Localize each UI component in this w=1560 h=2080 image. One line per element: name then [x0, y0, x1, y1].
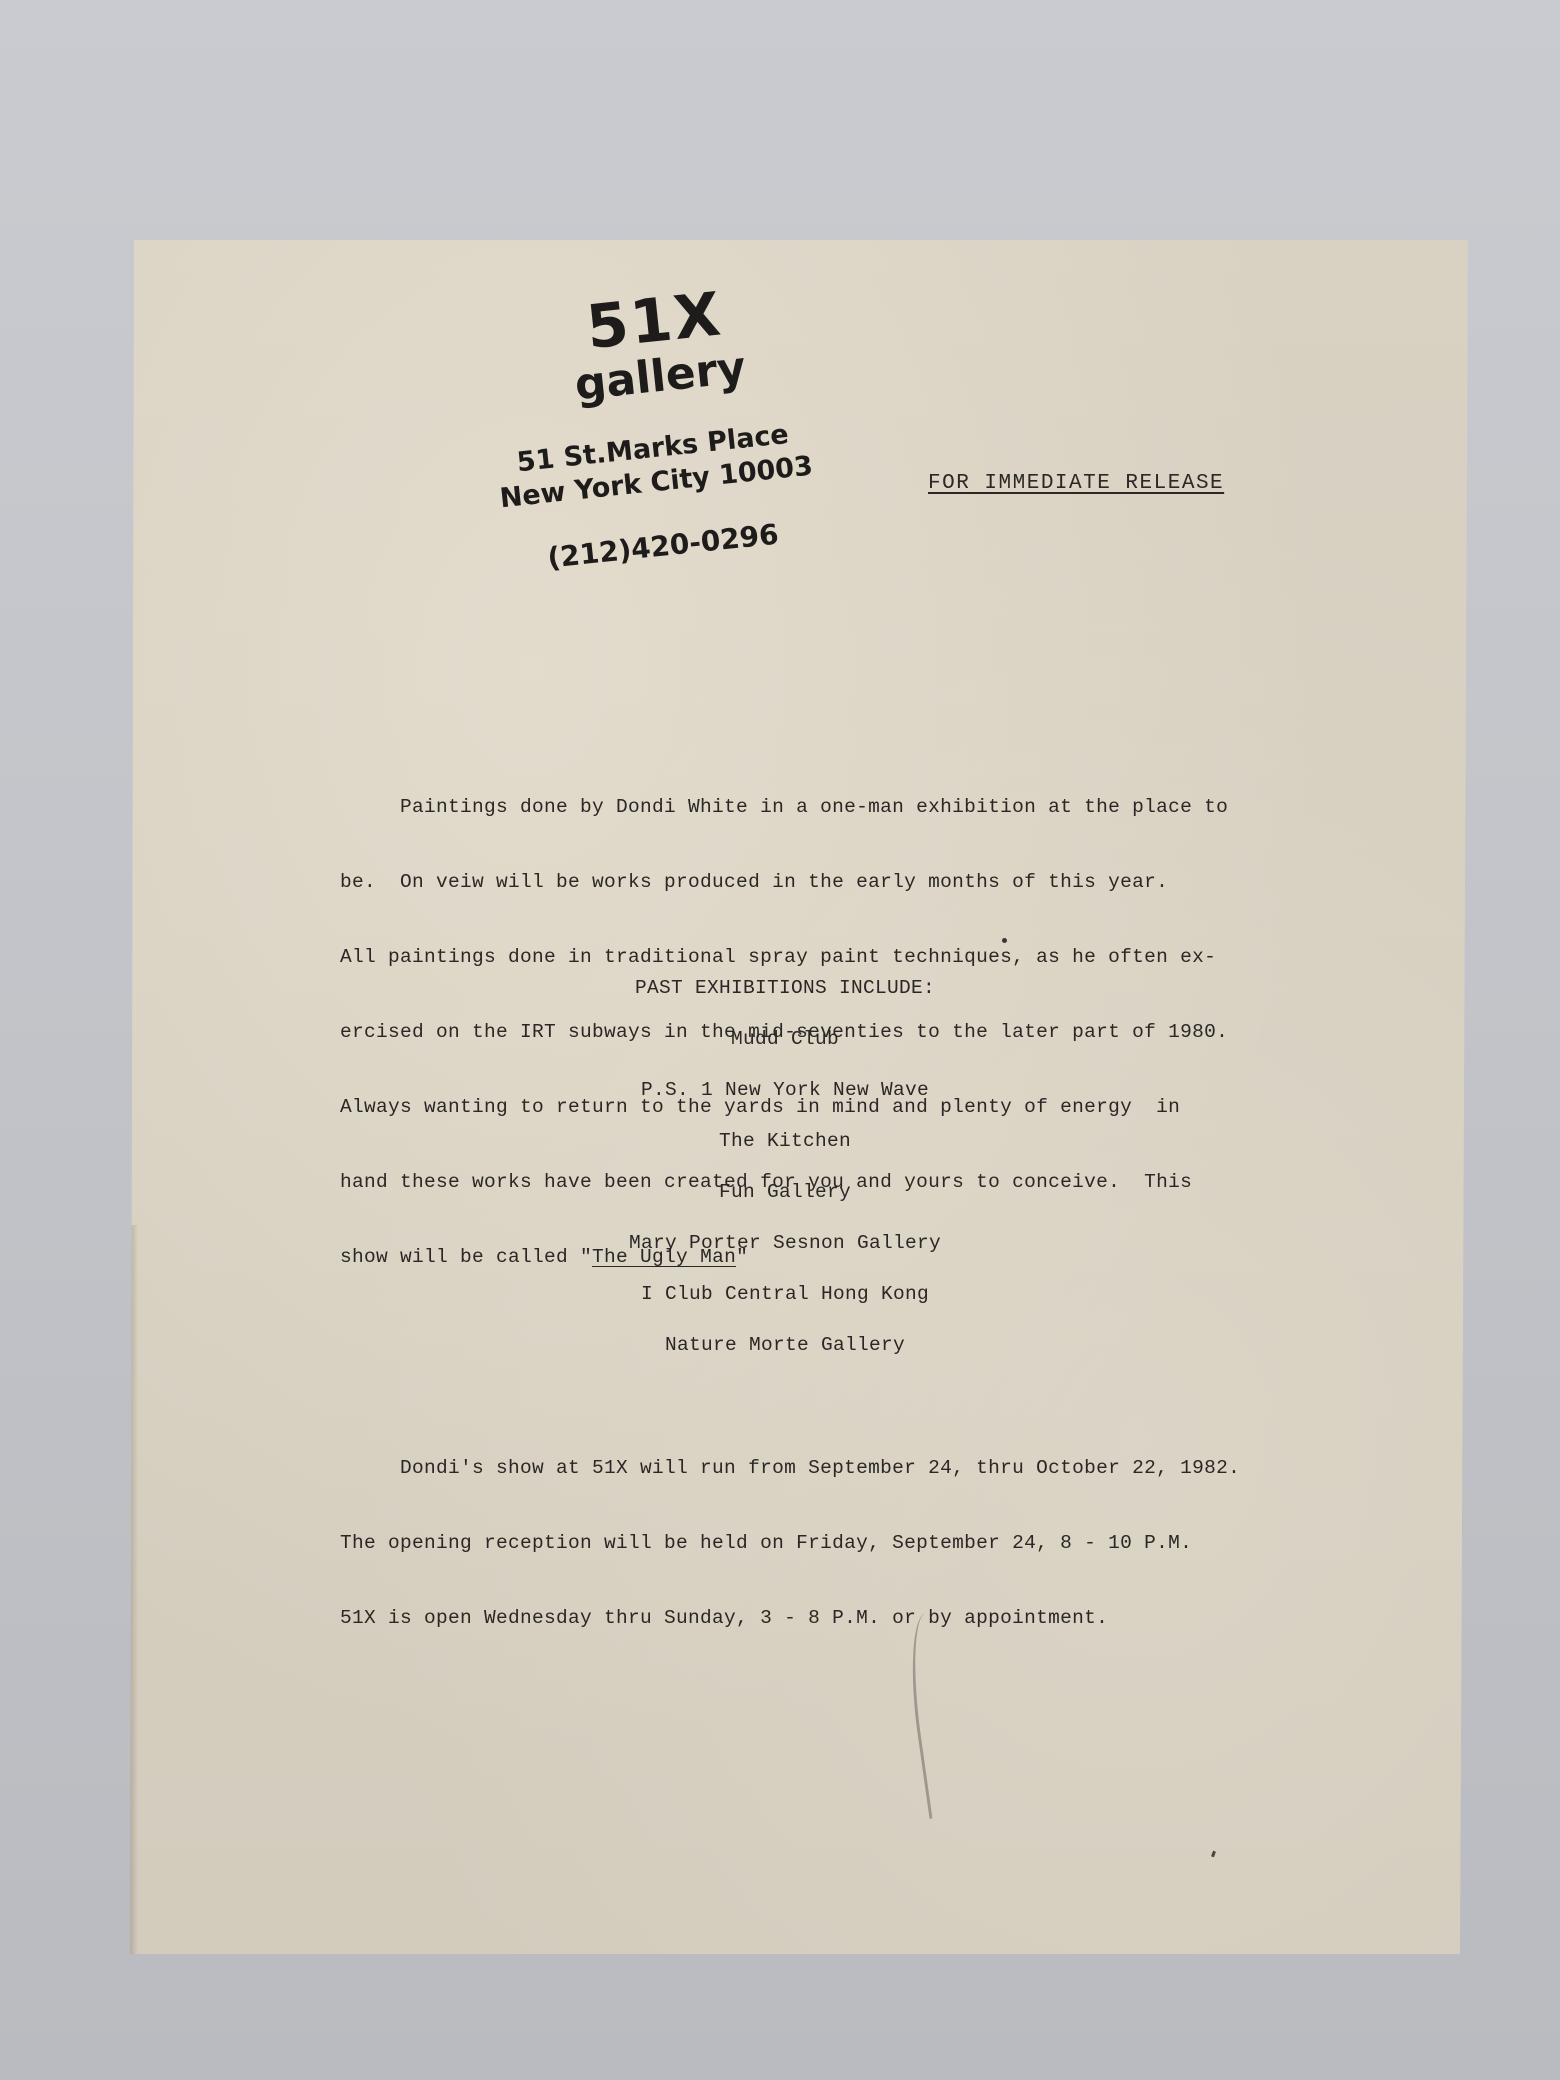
past-exhibitions-heading: PAST EXHIBITIONS INCLUDE:	[460, 973, 1110, 1003]
exhibition-item: Mary Porter Sesnon Gallery	[460, 1228, 1110, 1258]
body-line: Paintings done by Dondi White in a one-m…	[340, 795, 1340, 820]
exhibition-item: Nature Morte Gallery	[460, 1330, 1110, 1360]
paper-fold-shadow	[130, 1225, 138, 1954]
stray-dot	[1002, 938, 1007, 943]
past-exhibitions-list: PAST EXHIBITIONS INCLUDE: Mudd Club P.S.…	[460, 973, 1110, 1381]
exhibition-item: The Kitchen	[460, 1126, 1110, 1156]
exhibition-item: I Club Central Hong Kong	[460, 1279, 1110, 1309]
closing-line: The opening reception will be held on Fr…	[340, 1531, 1390, 1556]
closing-paragraph: Dondi's show at 51X will run from Septem…	[340, 1406, 1390, 1681]
paper-speck	[1211, 1851, 1216, 1858]
press-release-sheet: 51X gallery 51 St.Marks Place New York C…	[130, 240, 1468, 1954]
gallery-letterhead: 51X gallery 51 St.Marks Place New York C…	[402, 266, 907, 673]
gallery-address: 51 St.Marks Place New York City 10003	[417, 408, 892, 525]
closing-line: 51X is open Wednesday thru Sunday, 3 - 8…	[340, 1606, 1390, 1631]
body-line: be. On veiw will be works produced in th…	[340, 870, 1340, 895]
release-label: FOR IMMEDIATE RELEASE	[928, 472, 1224, 495]
exhibition-item: Fun Gallery	[460, 1177, 1110, 1207]
closing-line: Dondi's show at 51X will run from Septem…	[340, 1456, 1390, 1481]
gallery-phone: (212)420-0296	[428, 505, 899, 588]
exhibition-item: Mudd Club	[460, 1024, 1110, 1054]
exhibition-item: P.S. 1 New York New Wave	[460, 1075, 1110, 1105]
body-line: All paintings done in traditional spray …	[340, 945, 1340, 970]
